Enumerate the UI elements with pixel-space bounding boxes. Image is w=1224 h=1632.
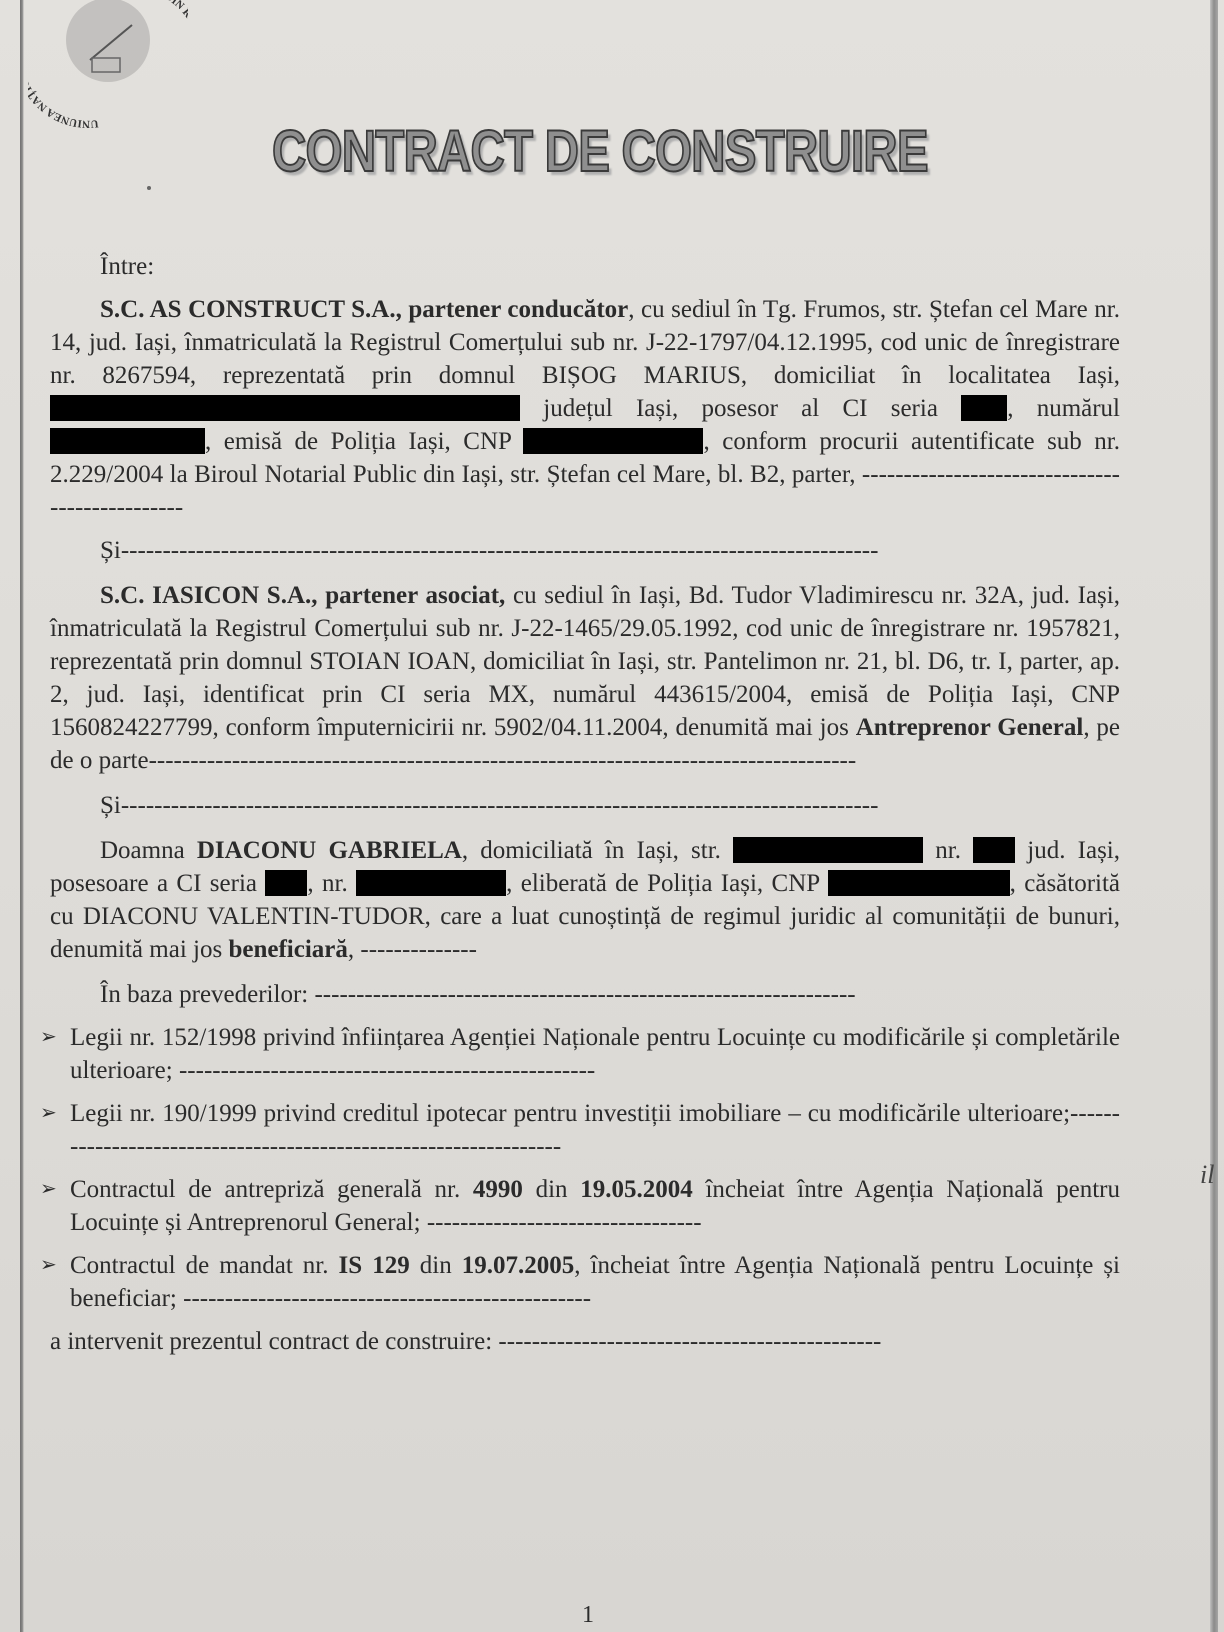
redaction-block xyxy=(356,870,506,896)
provision-text: Legii nr. 190/1999 privind creditul ipot… xyxy=(70,1100,1120,1160)
redaction-block xyxy=(50,428,205,454)
party-1-name: S.C. AS CONSTRUCT S.A., partener conducă… xyxy=(100,296,628,323)
redaction-block xyxy=(961,395,1007,421)
party-3-text: nr. xyxy=(935,837,961,864)
document-body: Între: S.C. AS CONSTRUCT S.A., partener … xyxy=(50,250,1120,1358)
redaction-block xyxy=(733,837,923,863)
intro-line: Între: xyxy=(50,250,1120,283)
document-title: CONTRACT DE CONSTRUIRE xyxy=(272,118,797,185)
party-3-text: , eliberată de Poliția Iași, CNP xyxy=(506,870,819,897)
basis-intro: În baza prevederilor: ------------------… xyxy=(50,978,1120,1011)
redaction-block xyxy=(828,870,1010,896)
redaction-block xyxy=(973,837,1015,863)
contract-number: IS 129 xyxy=(339,1252,410,1279)
document-page: UNIUNEA NAȚIONALĂ ...ICI DIN ROMÂNIA CON… xyxy=(0,0,1224,1632)
arrow-bullet-icon: ➢ xyxy=(40,1021,57,1054)
provision-item: ➢ Legii nr. 152/1998 privind înființarea… xyxy=(50,1021,1120,1087)
provision-text: Legii nr. 152/1998 privind înființarea A… xyxy=(70,1024,1120,1084)
party-1-paragraph: S.C. AS CONSTRUCT S.A., partener conducă… xyxy=(50,293,1120,524)
page-number: 1 xyxy=(582,1602,594,1629)
redaction-block xyxy=(50,395,520,421)
party-1-text: județul Iași, posesor al CI seria xyxy=(543,395,938,422)
provision-item: ➢ Contractul de mandat nr. IS 129 din 19… xyxy=(50,1249,1120,1315)
separator-si-2: Și--------------------------------------… xyxy=(50,789,1120,822)
party-3-role: beneficiară xyxy=(228,936,347,963)
arrow-bullet-icon: ➢ xyxy=(40,1249,57,1282)
arrow-bullet-icon: ➢ xyxy=(40,1097,57,1130)
arrow-bullet-icon: ➢ xyxy=(40,1173,57,1206)
page-left-edge xyxy=(20,0,24,1632)
party-3-name: DIACONU GABRIELA xyxy=(197,837,462,864)
party-3-paragraph: Doamna DIACONU GABRIELA, domiciliată în … xyxy=(50,834,1120,966)
party-2-paragraph: S.C. IASICON S.A., partener asociat, cu … xyxy=(50,579,1120,777)
closing-line: a intervenit prezentul contract de const… xyxy=(50,1325,1120,1358)
redaction-block xyxy=(523,428,703,454)
party-3-text: , nr. xyxy=(307,870,347,897)
separator-si-1: Și--------------------------------------… xyxy=(50,534,1120,567)
party-2-name: S.C. IASICON S.A., partener asociat, xyxy=(100,582,505,609)
party-1-text: , numărul xyxy=(1007,395,1120,422)
party-1-text: , emisă de Poliția Iași, CNP xyxy=(205,428,511,455)
contract-number: 4990 xyxy=(473,1176,523,1203)
speck xyxy=(147,186,151,190)
party-3-text: , domiciliată în Iași, str. xyxy=(462,837,721,864)
contract-date: 19.07.2005 xyxy=(462,1252,575,1279)
provision-text: din xyxy=(410,1252,462,1279)
provision-item: ➢ Legii nr. 190/1999 privind creditul ip… xyxy=(50,1097,1120,1163)
provision-text: Contractul de mandat nr. xyxy=(70,1252,339,1279)
handwritten-margin-note: il xyxy=(1200,1160,1214,1190)
provision-item: ➢ Contractul de antrepriză generală nr. … xyxy=(50,1173,1120,1239)
provision-text: Contractul de antrepriză generală nr. xyxy=(70,1176,473,1203)
contract-date: 19.05.2004 xyxy=(580,1176,693,1203)
redaction-block xyxy=(265,870,307,896)
party-2-role: Antreprenor General xyxy=(856,714,1084,741)
page-right-edge xyxy=(1210,0,1218,1632)
dash-line: , -------------- xyxy=(348,936,477,963)
notary-seal-stamp: UNIUNEA NAȚIONALĂ ...ICI DIN ROMÂNIA xyxy=(28,0,188,130)
dash-line: ----------------------------------------… xyxy=(149,747,857,774)
party-3-text: Doamna xyxy=(100,837,197,864)
provision-text: din xyxy=(523,1176,580,1203)
